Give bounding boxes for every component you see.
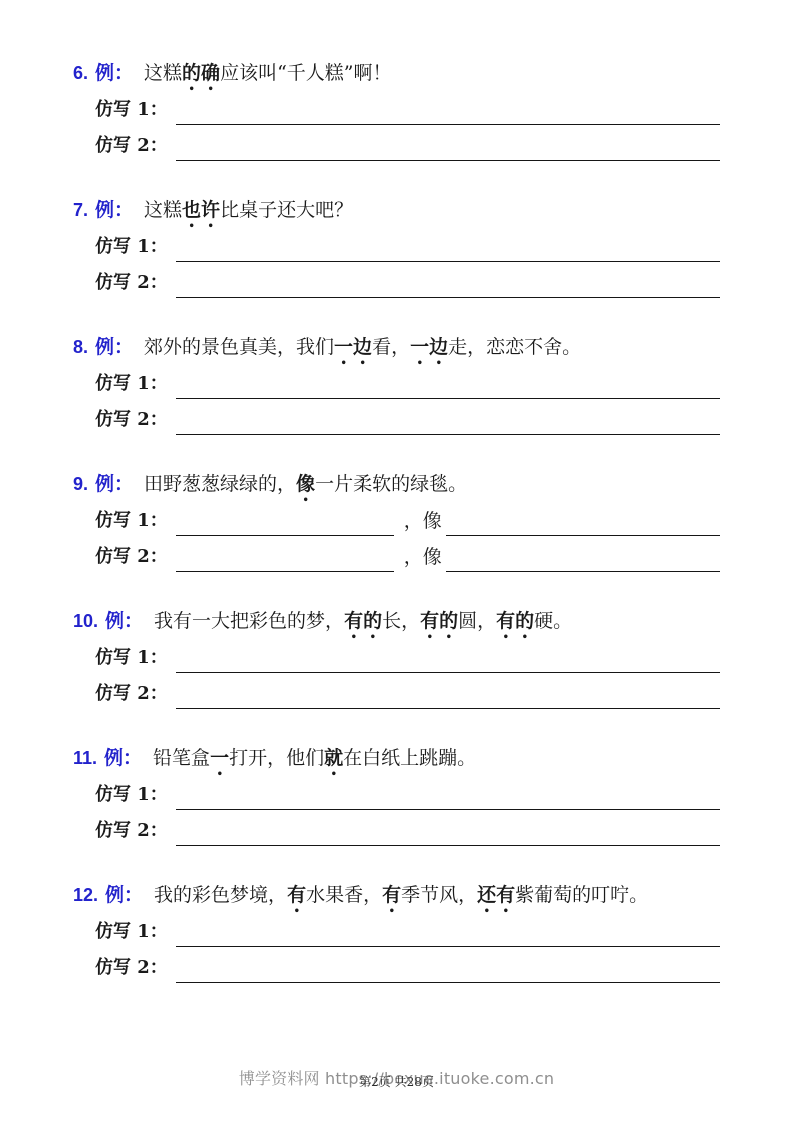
exercise-item: 10.例：我有一大把彩色的梦，有的长，有的圆，有的硬。仿写 1：仿写 2： [73, 606, 720, 709]
example-label: 例： [95, 332, 133, 362]
imitation-line: 仿写 2： [95, 405, 720, 435]
sentence-text: 这糕 [144, 199, 182, 221]
sentence-text: 长， [382, 610, 420, 632]
sentence-text: 我有一大把彩色的梦， [154, 610, 344, 632]
item-number: 8. [73, 332, 88, 362]
imitation-label: 仿写 1： [95, 369, 168, 399]
answer-blank[interactable] [176, 372, 720, 399]
example-label: 例： [105, 606, 143, 636]
imitation-label: 仿写 1： [95, 917, 168, 947]
imitation-label: 仿写 2： [95, 816, 168, 846]
sentence-text: 水果香， [306, 884, 382, 906]
imitation-line: 仿写 2： [95, 816, 720, 846]
emphasized-word: 像 [296, 473, 315, 495]
imitation-label: 仿写 2： [95, 268, 168, 298]
imitation-label: 仿写 2： [95, 953, 168, 983]
imitation-line: 仿写 1： [95, 232, 720, 262]
answer-blank[interactable] [176, 235, 720, 262]
page-number: 第2页 共28页 [0, 1073, 793, 1090]
emphasized-word: 就 [324, 747, 343, 769]
answer-blank[interactable] [176, 819, 720, 846]
example-label: 例： [105, 880, 143, 910]
imitation-label: 仿写 1： [95, 232, 168, 262]
imitation-line: 仿写 1： [95, 369, 720, 399]
example-label: 例： [104, 743, 142, 773]
answer-blank[interactable] [176, 783, 720, 810]
emphasized-word: 有 [287, 884, 306, 906]
exercise-item: 8.例：郊外的景色真美，我们一边看，一边走，恋恋不舍。仿写 1：仿写 2： [73, 332, 720, 435]
imitation-label: 仿写 2： [95, 679, 168, 709]
emphasized-word: 有的 [344, 610, 382, 632]
imitation-line: 仿写 1： [95, 95, 720, 125]
example-sentence: 我有一大把彩色的梦，有的长，有的圆，有的硬。 [154, 606, 572, 643]
sentence-text: 铅笔盒 [153, 747, 210, 769]
sentence-text: 田野葱葱绿绿的， [144, 473, 296, 495]
emphasized-word: 的确 [182, 62, 220, 84]
answer-blank[interactable] [176, 956, 720, 983]
imitation-label: 仿写 1： [95, 643, 168, 673]
item-number: 12. [73, 880, 98, 910]
page-footer: 博学资料网 https://boxue.ituoke.com.cn 第2页 共2… [0, 1066, 793, 1106]
sentence-text: 这糕 [144, 62, 182, 84]
imitation-line: 仿写 1： [95, 917, 720, 947]
example-sentence: 铅笔盒一打开，他们就在白纸上跳蹦。 [153, 743, 476, 780]
imitation-line: 仿写 2： [95, 679, 720, 709]
exercise-item: 6.例：这糕的确应该叫“千人糕”啊！仿写 1：仿写 2： [73, 58, 720, 161]
example-line: 12.例：我的彩色梦境，有水果香，有季节风，还有紫葡萄的叮咛。 [73, 880, 720, 917]
answer-blank[interactable] [176, 271, 720, 298]
answer-blank[interactable] [446, 509, 720, 536]
sentence-text: 走，恋恋不舍。 [448, 336, 581, 358]
emphasized-word: 有 [382, 884, 401, 906]
example-label: 例： [95, 469, 133, 499]
exercise-item: 7.例：这糕也许比桌子还大吧？仿写 1：仿写 2： [73, 195, 720, 298]
emphasized-word: 有的 [496, 610, 534, 632]
example-line: 10.例：我有一大把彩色的梦，有的长，有的圆，有的硬。 [73, 606, 720, 643]
answer-blank[interactable] [176, 545, 394, 572]
item-number: 7. [73, 195, 88, 225]
imitation-line: 仿写 1：，像 [95, 506, 720, 536]
exercise-item: 9.例：田野葱葱绿绿的，像一片柔软的绿毯。仿写 1：，像仿写 2：，像 [73, 469, 720, 572]
sentence-text: 看， [372, 336, 410, 358]
sentence-text: 郊外的景色真美，我们 [144, 336, 334, 358]
imitation-label: 仿写 2： [95, 405, 168, 435]
example-line: 8.例：郊外的景色真美，我们一边看，一边走，恋恋不舍。 [73, 332, 720, 369]
imitation-line: 仿写 1： [95, 780, 720, 810]
connector-text: ，像 [394, 542, 446, 572]
answer-blank[interactable] [176, 646, 720, 673]
sentence-text: 硬。 [534, 610, 572, 632]
emphasized-word: 有的 [420, 610, 458, 632]
answer-blank[interactable] [176, 408, 720, 435]
item-number: 11. [73, 743, 97, 773]
example-sentence: 这糕也许比桌子还大吧？ [144, 195, 353, 232]
example-line: 7.例：这糕也许比桌子还大吧？ [73, 195, 720, 232]
imitation-label: 仿写 2： [95, 131, 168, 161]
sentence-text: 一片柔软的绿毯。 [315, 473, 467, 495]
example-line: 6.例：这糕的确应该叫“千人糕”啊！ [73, 58, 720, 95]
exercise-item: 11.例：铅笔盒一打开，他们就在白纸上跳蹦。仿写 1：仿写 2： [73, 743, 720, 846]
answer-blank[interactable] [176, 509, 394, 536]
emphasized-word: 还有 [477, 884, 515, 906]
item-number: 10. [73, 606, 98, 636]
example-sentence: 我的彩色梦境，有水果香，有季节风，还有紫葡萄的叮咛。 [154, 880, 648, 917]
emphasized-word: 一边 [334, 336, 372, 358]
imitation-line: 仿写 2： [95, 953, 720, 983]
imitation-label: 仿写 1： [95, 780, 168, 810]
imitation-line: 仿写 2： [95, 131, 720, 161]
emphasized-word: 一 [210, 747, 229, 769]
example-line: 9.例：田野葱葱绿绿的，像一片柔软的绿毯。 [73, 469, 720, 506]
imitation-line: 仿写 2：，像 [95, 542, 720, 572]
example-sentence: 郊外的景色真美，我们一边看，一边走，恋恋不舍。 [144, 332, 581, 369]
emphasized-word: 也许 [182, 199, 220, 221]
imitation-line: 仿写 1： [95, 643, 720, 673]
worksheet-page: 6.例：这糕的确应该叫“千人糕”啊！仿写 1：仿写 2：7.例：这糕也许比桌子还… [0, 0, 793, 1122]
example-sentence: 这糕的确应该叫“千人糕”啊！ [144, 58, 391, 95]
connector-text: ，像 [394, 506, 446, 536]
sentence-text: 打开，他们 [229, 747, 324, 769]
exercise-list: 6.例：这糕的确应该叫“千人糕”啊！仿写 1：仿写 2：7.例：这糕也许比桌子还… [0, 0, 793, 983]
answer-blank[interactable] [176, 682, 720, 709]
sentence-text: 季节风， [401, 884, 477, 906]
example-label: 例： [95, 195, 133, 225]
item-number: 9. [73, 469, 88, 499]
imitation-line: 仿写 2： [95, 268, 720, 298]
item-number: 6. [73, 58, 88, 88]
imitation-label: 仿写 2： [95, 542, 168, 572]
imitation-label: 仿写 1： [95, 506, 168, 536]
example-line: 11.例：铅笔盒一打开，他们就在白纸上跳蹦。 [73, 743, 720, 780]
sentence-text: 我的彩色梦境， [154, 884, 287, 906]
sentence-text: 比桌子还大吧？ [220, 199, 353, 221]
answer-blank[interactable] [446, 545, 720, 572]
emphasized-word: 一边 [410, 336, 448, 358]
answer-blank[interactable] [176, 98, 720, 125]
example-label: 例： [95, 58, 133, 88]
answer-blank[interactable] [176, 920, 720, 947]
sentence-text: 应该叫“千人糕”啊！ [220, 62, 391, 84]
sentence-text: 紫葡萄的叮咛。 [515, 884, 648, 906]
sentence-text: 圆， [458, 610, 496, 632]
exercise-item: 12.例：我的彩色梦境，有水果香，有季节风，还有紫葡萄的叮咛。仿写 1：仿写 2… [73, 880, 720, 983]
example-sentence: 田野葱葱绿绿的，像一片柔软的绿毯。 [144, 469, 467, 506]
sentence-text: 在白纸上跳蹦。 [343, 747, 476, 769]
answer-blank[interactable] [176, 134, 720, 161]
imitation-label: 仿写 1： [95, 95, 168, 125]
